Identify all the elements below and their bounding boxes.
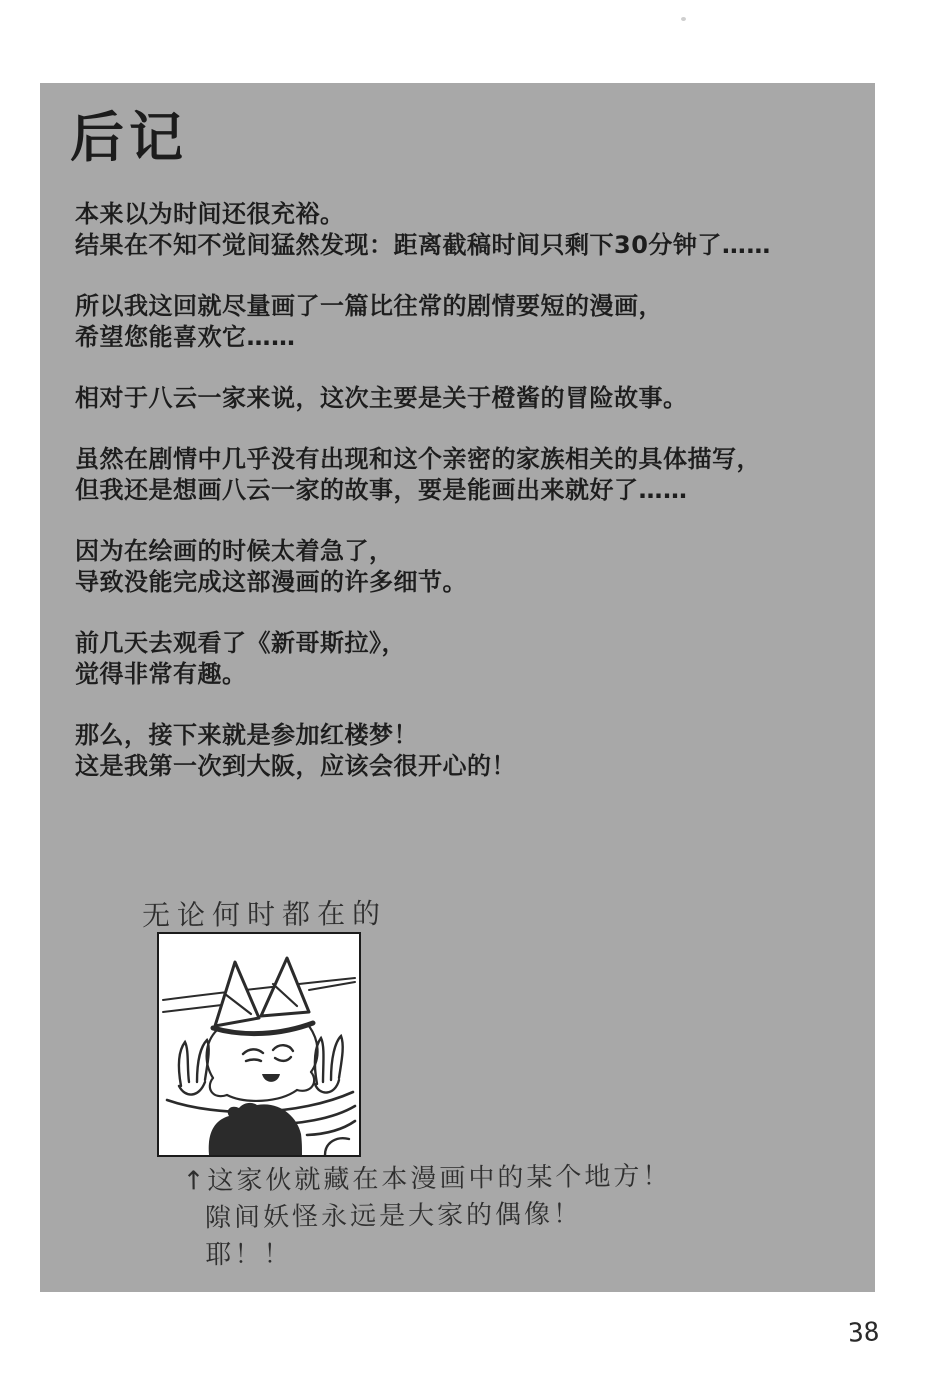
- sketch-heading: 无论何时都在的: [142, 892, 387, 934]
- paragraph-short-story: 所以我这回就尽量画了一篇比往常的剧情要短的漫画， 希望您能喜欢它……: [75, 291, 835, 353]
- paragraph-deadline: 本来以为时间还很充裕。 结果在不知不觉间猛然发现：距离截稿时间只剩下30分钟了……: [75, 199, 835, 261]
- sketch-caption: ↑这家伙就藏在本漫画中的某个地方！ 隙间妖怪永远是大家的偶像！ 耶！！: [182, 1158, 672, 1274]
- sketch-frame: [157, 932, 361, 1157]
- text-line: 虽然在剧情中几乎没有出现和这个亲密的家族相关的具体描写，: [75, 444, 835, 475]
- paragraph-chen-adventure: 相对于八云一家来说，这次主要是关于橙酱的冒险故事。: [75, 383, 835, 414]
- text-line: 觉得非常有趣。: [75, 659, 835, 690]
- text-line: 结果在不知不觉间猛然发现：距离截稿时间只剩下30分钟了……: [75, 230, 835, 261]
- text-line: 导致没能完成这部漫画的许多细节。: [75, 567, 835, 598]
- caption-line-hidden-somewhere: ↑这家伙就藏在本漫画中的某个地方！: [182, 1158, 671, 1200]
- afterword-panel: 后记 本来以为时间还很充裕。 结果在不知不觉间猛然发现：距离截稿时间只剩下30分…: [40, 83, 875, 1292]
- gap-youkai-sketch: [159, 934, 359, 1155]
- text-line: 因为在绘画的时候太着急了，: [75, 536, 835, 567]
- text-line: 本来以为时间还很充裕。: [75, 199, 835, 230]
- text-line: 前几天去观看了《新哥斯拉》，: [75, 628, 835, 659]
- scan-speck: [681, 17, 686, 21]
- manga-afterword-page: 后记 本来以为时间还很充裕。 结果在不知不觉间猛然发现：距离截稿时间只剩下30分…: [0, 0, 949, 1391]
- text-line: 相对于八云一家来说，这次主要是关于橙酱的冒险故事。: [75, 383, 835, 414]
- paragraph-rushed-details: 因为在绘画的时候太着急了， 导致没能完成这部漫画的许多细节。: [75, 536, 835, 598]
- text-line: 这是我第一次到大阪，应该会很开心的！: [75, 751, 835, 782]
- paragraph-osaka-event: 那么，接下来就是参加红楼梦！ 这是我第一次到大阪，应该会很开心的！: [75, 720, 835, 782]
- paragraph-yakumo-family: 虽然在剧情中几乎没有出现和这个亲密的家族相关的具体描写， 但我还是想画八云一家的…: [75, 444, 835, 506]
- text-line: 但我还是想画八云一家的故事，要是能画出来就好了……: [75, 475, 835, 506]
- text-line: 所以我这回就尽量画了一篇比往常的剧情要短的漫画，: [75, 291, 835, 322]
- page-title: 后记: [70, 109, 188, 167]
- page-number: 38: [847, 1317, 880, 1349]
- text-line: 希望您能喜欢它……: [75, 322, 835, 353]
- text-line: 那么，接下来就是参加红楼梦！: [75, 720, 835, 751]
- caption-line-yay: 耶！！: [183, 1232, 672, 1274]
- paragraph-godzilla: 前几天去观看了《新哥斯拉》， 觉得非常有趣。: [75, 628, 835, 690]
- afterword-body: 本来以为时间还很充裕。 结果在不知不觉间猛然发现：距离截稿时间只剩下30分钟了……: [75, 199, 835, 812]
- caption-line-gap-youkai-idol: 隙间妖怪永远是大家的偶像！: [183, 1195, 672, 1237]
